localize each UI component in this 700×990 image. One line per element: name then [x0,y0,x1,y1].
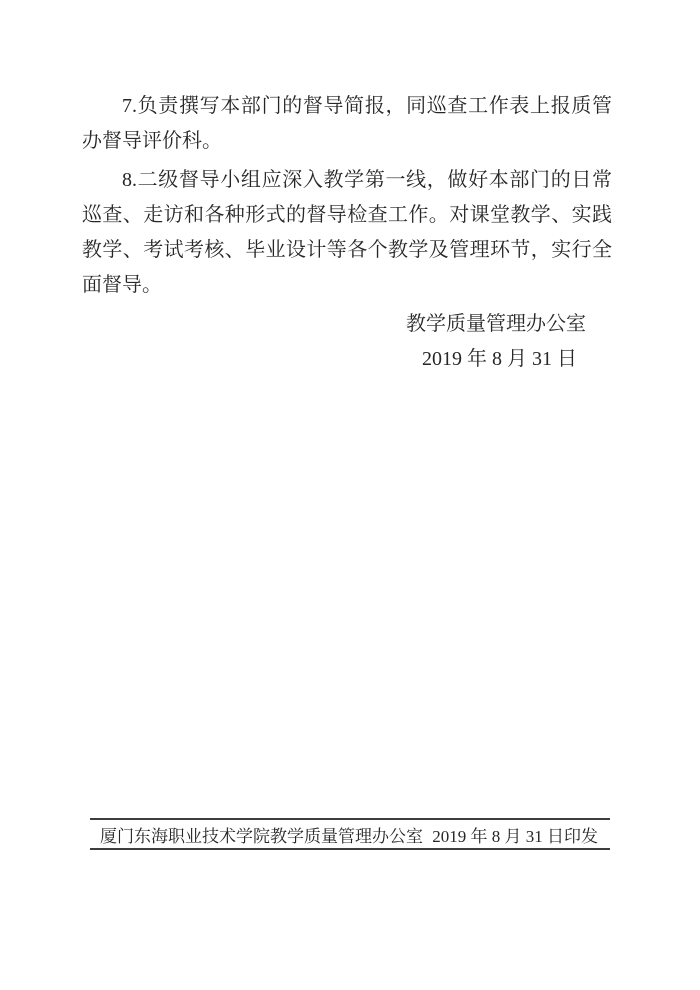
paragraph-line: 8.二级督导小组应深入教学第一线，做好本部门的日常 [82,163,612,198]
document-page: 7.负责撰写本部门的督导简报，同巡查工作表上报质管 办督导评价科。 8.二级督导… [0,0,700,990]
body-text: 7.负责撰写本部门的督导简报，同巡查工作表上报质管 办督导评价科。 8.二级督导… [82,89,612,377]
footer-issuer: 厦门东海职业技术学院教学质量管理办公室 [100,822,423,847]
paragraph-item-7: 7.负责撰写本部门的督导简报，同巡查工作表上报质管 办督导评价科。 [82,89,612,159]
paragraph-item-8: 8.二级督导小组应深入教学第一线，做好本部门的日常 巡查、走访和各种形式的督导检… [82,163,612,303]
paragraph-line: 办督导评价科。 [82,124,612,159]
paragraph-line: 7.负责撰写本部门的督导简报，同巡查工作表上报质管 [82,89,612,124]
signature-office: 教学质量管理办公室 [82,307,612,342]
signature-date: 2019 年 8 月 31 日 [82,342,612,377]
paragraph-line: 巡查、走访和各种形式的督导检查工作。对课堂教学、实践 [82,198,612,233]
signature-block: 教学质量管理办公室 2019 年 8 月 31 日 [82,307,612,377]
footer-print-date: 2019 年 8 月 31 日印发 [432,822,598,847]
paragraph-line: 面督导。 [82,268,612,303]
footer-colophon: 厦门东海职业技术学院教学质量管理办公室 2019 年 8 月 31 日印发 [90,818,610,850]
paragraph-line: 教学、考试考核、毕业设计等各个教学及管理环节，实行全 [82,233,612,268]
